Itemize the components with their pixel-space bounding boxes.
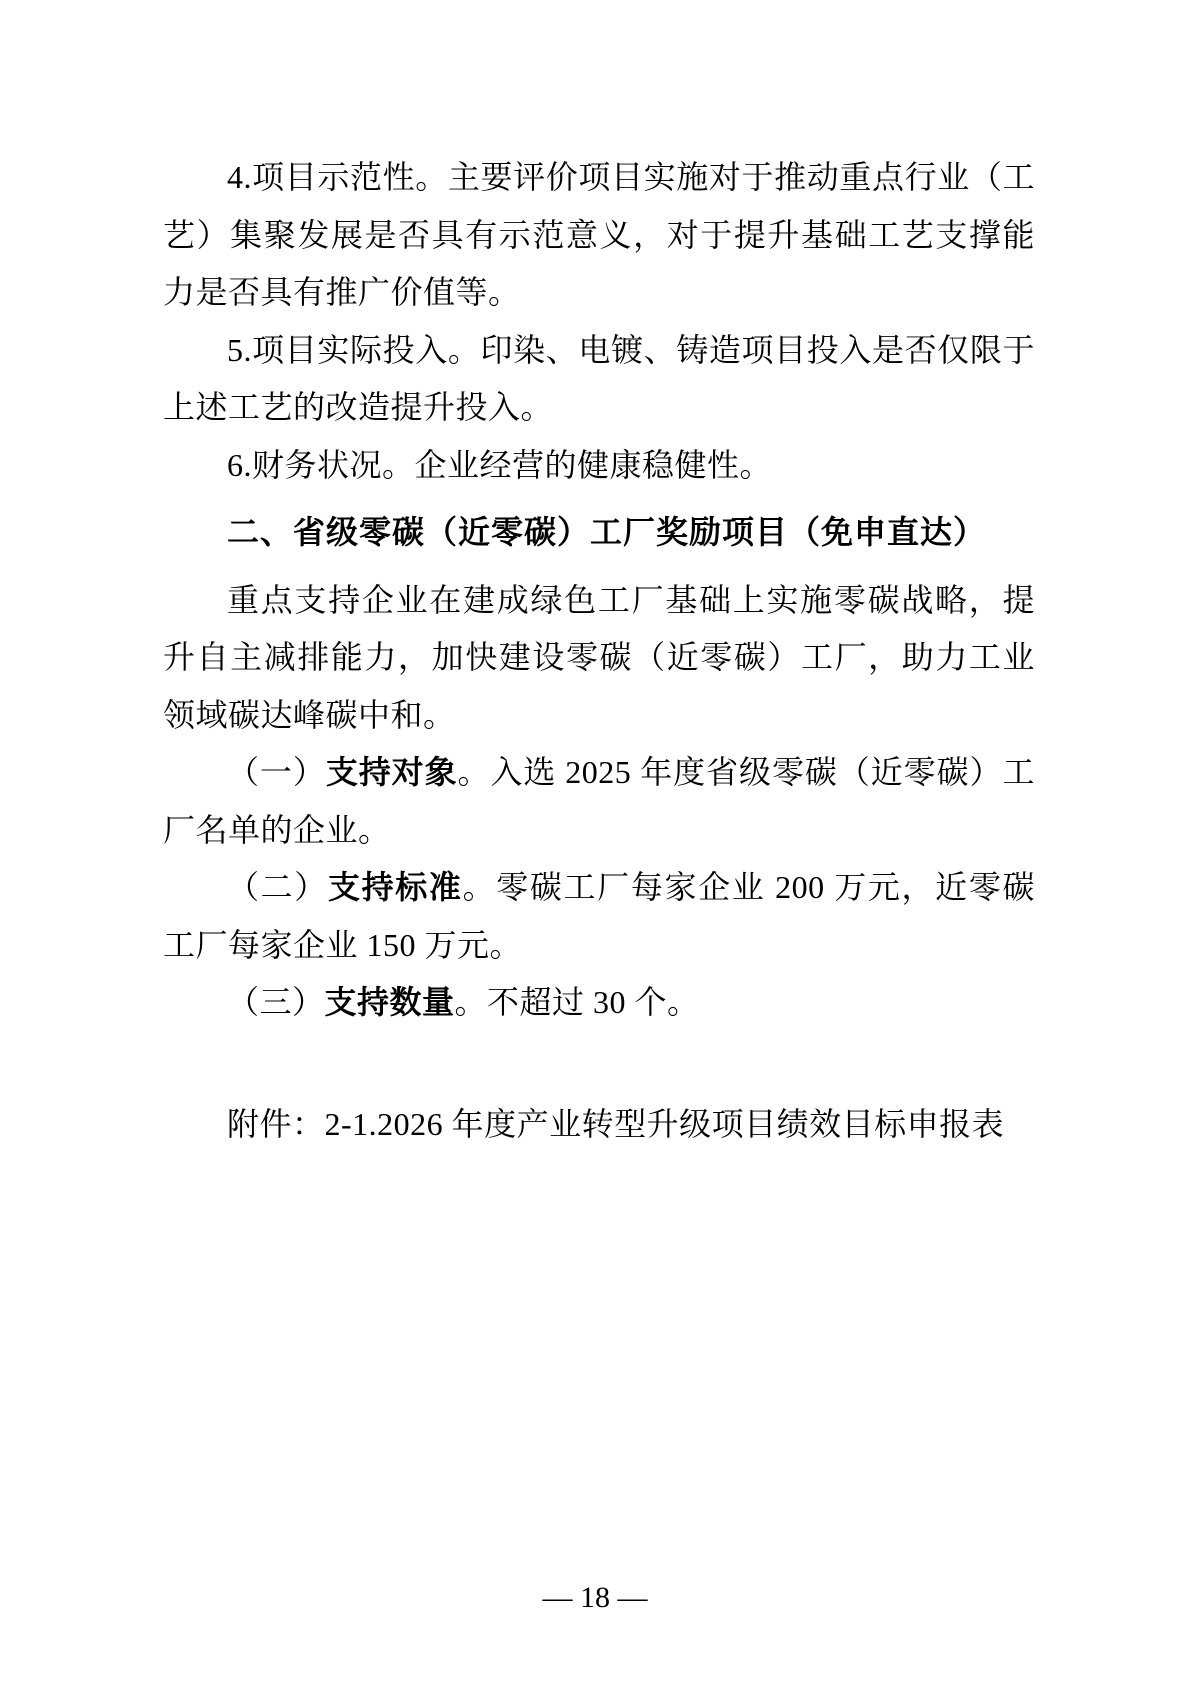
section-2-intro-paragraph: 重点支持企业在建成绿色工厂基础上实施零碳战略，提升自主减排能力，加快建设零碳（近… (163, 572, 1035, 745)
paragraph-item-5: 5.项目实际投入。印染、电镀、铸造项目投入是否仅限于上述工艺的改造提升投入。 (163, 322, 1035, 437)
sub-item-1-label: 支持对象 (326, 754, 458, 790)
page-content: 4.项目示范性。主要评价项目实施对于推动重点行业（工艺）集聚发展是否具有示范意义… (163, 149, 1035, 1153)
sub-item-3-label: 支持数量 (325, 984, 455, 1020)
document-page: 4.项目示范性。主要评价项目实施对于推动重点行业（工艺）集聚发展是否具有示范意义… (0, 0, 1190, 1683)
attachment-line: 附件：2-1.2026 年度产业转型升级项目绩效目标申报表 (163, 1096, 1035, 1154)
sub-item-3-text: 。不超过 30 个。 (455, 984, 700, 1020)
sub-item-3-support-quantity: （三）支持数量。不超过 30 个。 (163, 974, 1035, 1032)
sub-item-1-number: （一） (227, 754, 326, 790)
paragraph-item-6: 6.财务状况。企业经营的健康稳健性。 (163, 437, 1035, 495)
sub-item-1-support-target: （一）支持对象。入选 2025 年度省级零碳（近零碳）工厂名单的企业。 (163, 744, 1035, 859)
paragraph-item-4: 4.项目示范性。主要评价项目实施对于推动重点行业（工艺）集聚发展是否具有示范意义… (163, 149, 1035, 322)
sub-item-2-label: 支持标准 (328, 869, 463, 905)
sub-item-3-number: （三） (227, 984, 325, 1020)
section-2-heading: 二、省级零碳（近零碳）工厂奖励项目（免申直达） (163, 504, 1035, 562)
sub-item-2-support-standard: （二）支持标准。零碳工厂每家企业 200 万元，近零碳工厂每家企业 150 万元… (163, 859, 1035, 974)
sub-item-2-number: （二） (227, 869, 328, 905)
page-number: — 18 — (0, 1578, 1190, 1618)
